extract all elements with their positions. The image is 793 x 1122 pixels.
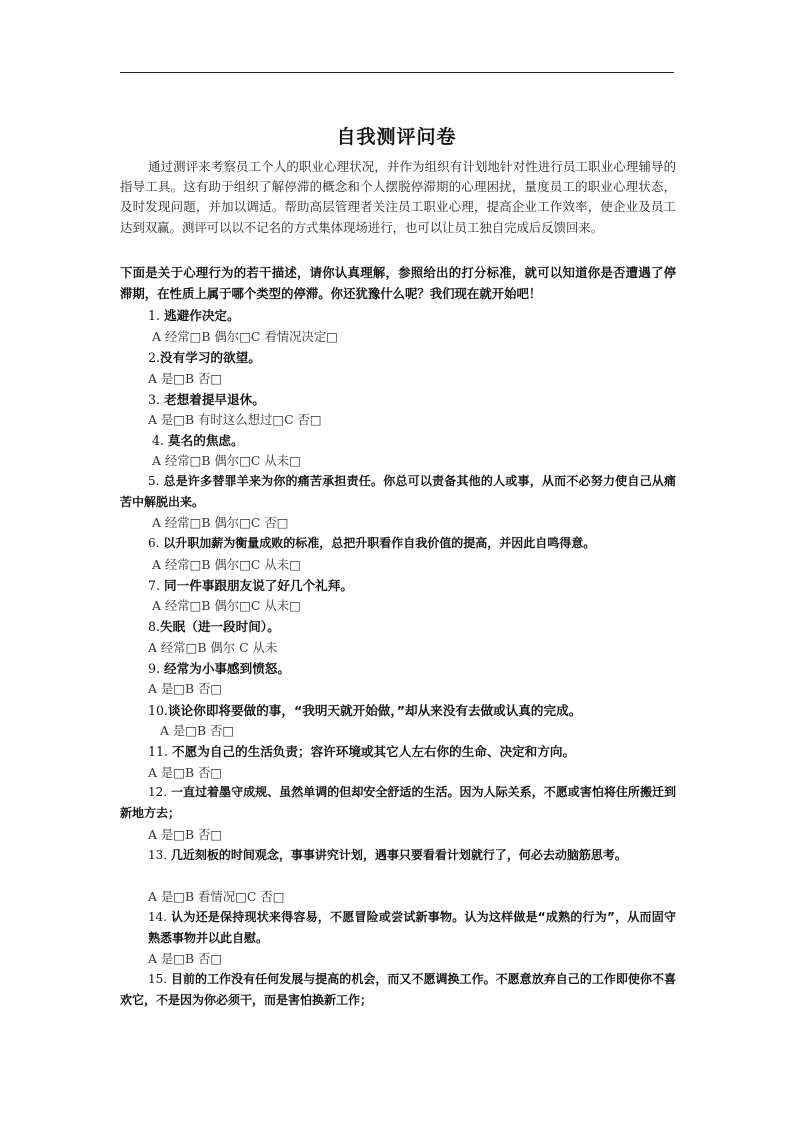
- question-text: 老想着提早退休。: [164, 392, 265, 407]
- question-text: 逃避作决定。: [164, 308, 240, 323]
- question-14-options[interactable]: A 是□B 否□: [148, 949, 222, 967]
- question-text: 目前的工作没有任何发展与提高的机会，而又不愿调换工作。不愿意放弃自己的工作即使你…: [120, 972, 676, 1007]
- question-number: 4.: [152, 433, 168, 448]
- question-number: 11.: [148, 744, 172, 759]
- question-3-options[interactable]: A 是□B 有时这么想过□C 否□: [148, 410, 322, 428]
- question-7: 7. 同一件事跟朋友说了好几个礼拜。: [148, 575, 353, 594]
- question-number: 15.: [148, 972, 171, 986]
- question-text: 几近刻板的时间观念，事事讲究计划，遇事只要看看计划就行了，何必去动脑筋思考。: [171, 848, 627, 862]
- question-2: 2.没有学习的欲望。: [148, 347, 261, 366]
- question-10-options[interactable]: A 是□B 否□: [160, 721, 234, 739]
- question-number: 12.: [148, 785, 171, 799]
- question-5-options[interactable]: A 经常□B 偶尔□C 否□: [152, 513, 288, 531]
- question-12: 12. 一直过着墨守成规、虽然单调的但却安全舒适的生活。因为人际关系，不愿或害怕…: [120, 782, 676, 824]
- question-13-options[interactable]: A 是□B 看情况□C 否□: [148, 887, 284, 905]
- question-text: 不愿为自己的生活负责；容许环境或其它人左右你的生命、决定和方向。: [172, 744, 575, 759]
- question-1-options[interactable]: A 经常□B 偶尔□C 看情况决定□: [152, 327, 338, 345]
- question-text: 没有学习的欲望。: [160, 350, 261, 365]
- question-text: 总是许多替罪羊来为你的痛苦承担责任。你总可以责备其他的人或事，从而不必努力使自己…: [120, 474, 676, 509]
- question-9-options[interactable]: A 是□B 否□: [148, 679, 222, 697]
- question-7-options[interactable]: A 经常□B 偶尔□C 从未□: [152, 596, 301, 614]
- question-number: 13.: [148, 848, 171, 862]
- question-14: 14. 认为还是保持现状来得容易，不愿冒险或尝试新事物。认为这样做是“成熟的行为…: [148, 907, 676, 949]
- question-text: 以升职加薪为衡量成败的标准，总把升职看作自我价值的提高，并因此自鸣得意。: [163, 536, 595, 550]
- question-12-options[interactable]: A 是□B 否□: [148, 825, 222, 843]
- question-number: 3.: [148, 392, 164, 407]
- question-6-options[interactable]: A 经常□B 偶尔□C 从未□: [152, 555, 301, 573]
- question-text: 谈论你即将要做的事，“我明天就开始做，”却从来没有去做或认真的完成。: [168, 703, 581, 718]
- question-text: 认为还是保持现状来得容易，不愿冒险或尝试新事物。认为这样做是“成熟的行为”，从而…: [148, 910, 676, 945]
- question-text: 一直过着墨守成规、虽然单调的但却安全舒适的生活。因为人际关系，不愿或害怕将住所搬…: [120, 785, 676, 820]
- question-15: 15. 目前的工作没有任何发展与提高的机会，而又不愿调换工作。不愿意放弃自己的工…: [120, 969, 676, 1011]
- question-number: 1.: [148, 308, 164, 323]
- question-number: 2.: [148, 350, 160, 365]
- question-8-options[interactable]: A 经常□B 偶尔 C 从未: [148, 638, 277, 656]
- question-text: 失眠（进一段时间）。: [160, 619, 280, 634]
- question-8: 8.失眠（进一段时间）。: [148, 616, 280, 635]
- question-9: 9. 经常为小事感到愤怒。: [148, 658, 290, 677]
- question-number: 10.: [148, 703, 168, 718]
- question-text: 经常为小事感到愤怒。: [164, 661, 290, 676]
- question-number: 14.: [148, 910, 171, 924]
- question-4: 4. 莫名的焦虑。: [152, 430, 244, 449]
- question-number: 8.: [148, 619, 160, 634]
- question-13: 13. 几近刻板的时间观念，事事讲究计划，遇事只要看看计划就行了，何必去动脑筋思…: [120, 845, 676, 866]
- question-number: 5.: [148, 474, 163, 488]
- question-5: 5. 总是许多替罪羊来为你的痛苦承担责任。你总可以责备其他的人或事，从而不必努力…: [120, 471, 676, 513]
- question-2-options[interactable]: A 是□B 否□: [148, 369, 222, 387]
- question-11-options[interactable]: A 是□B 否□: [148, 763, 222, 781]
- question-10: 10.谈论你即将要做的事，“我明天就开始做，”却从来没有去做或认真的完成。: [148, 700, 581, 719]
- question-6: 6. 以升职加薪为衡量成败的标准，总把升职看作自我价值的提高，并因此自鸣得意。: [148, 534, 595, 551]
- question-text: 莫名的焦虑。: [168, 433, 244, 448]
- question-text: 同一件事跟朋友说了好几个礼拜。: [164, 578, 353, 593]
- header-rule: [120, 72, 674, 73]
- question-1: 1. 逃避作决定。: [148, 305, 240, 324]
- page-title: 自我测评问卷: [0, 122, 793, 149]
- question-3: 3. 老想着提早退休。: [148, 389, 265, 408]
- question-number: 6.: [148, 536, 163, 550]
- intro-paragraph: 通过测评来考察员工个人的职业心理状况，并作为组织有计划地针对性进行员工职业心理辅…: [120, 157, 676, 238]
- question-number: 9.: [148, 661, 164, 676]
- question-4-options[interactable]: A 经常□B 偶尔□C 从未□: [152, 451, 301, 469]
- question-11: 11. 不愿为自己的生活负责；容许环境或其它人左右你的生命、决定和方向。: [148, 741, 575, 760]
- instruction-paragraph: 下面是关于心理行为的若干描述，请你认真理解，参照给出的打分标准，就可以知道你是否…: [120, 262, 676, 304]
- question-number: 7.: [148, 578, 164, 593]
